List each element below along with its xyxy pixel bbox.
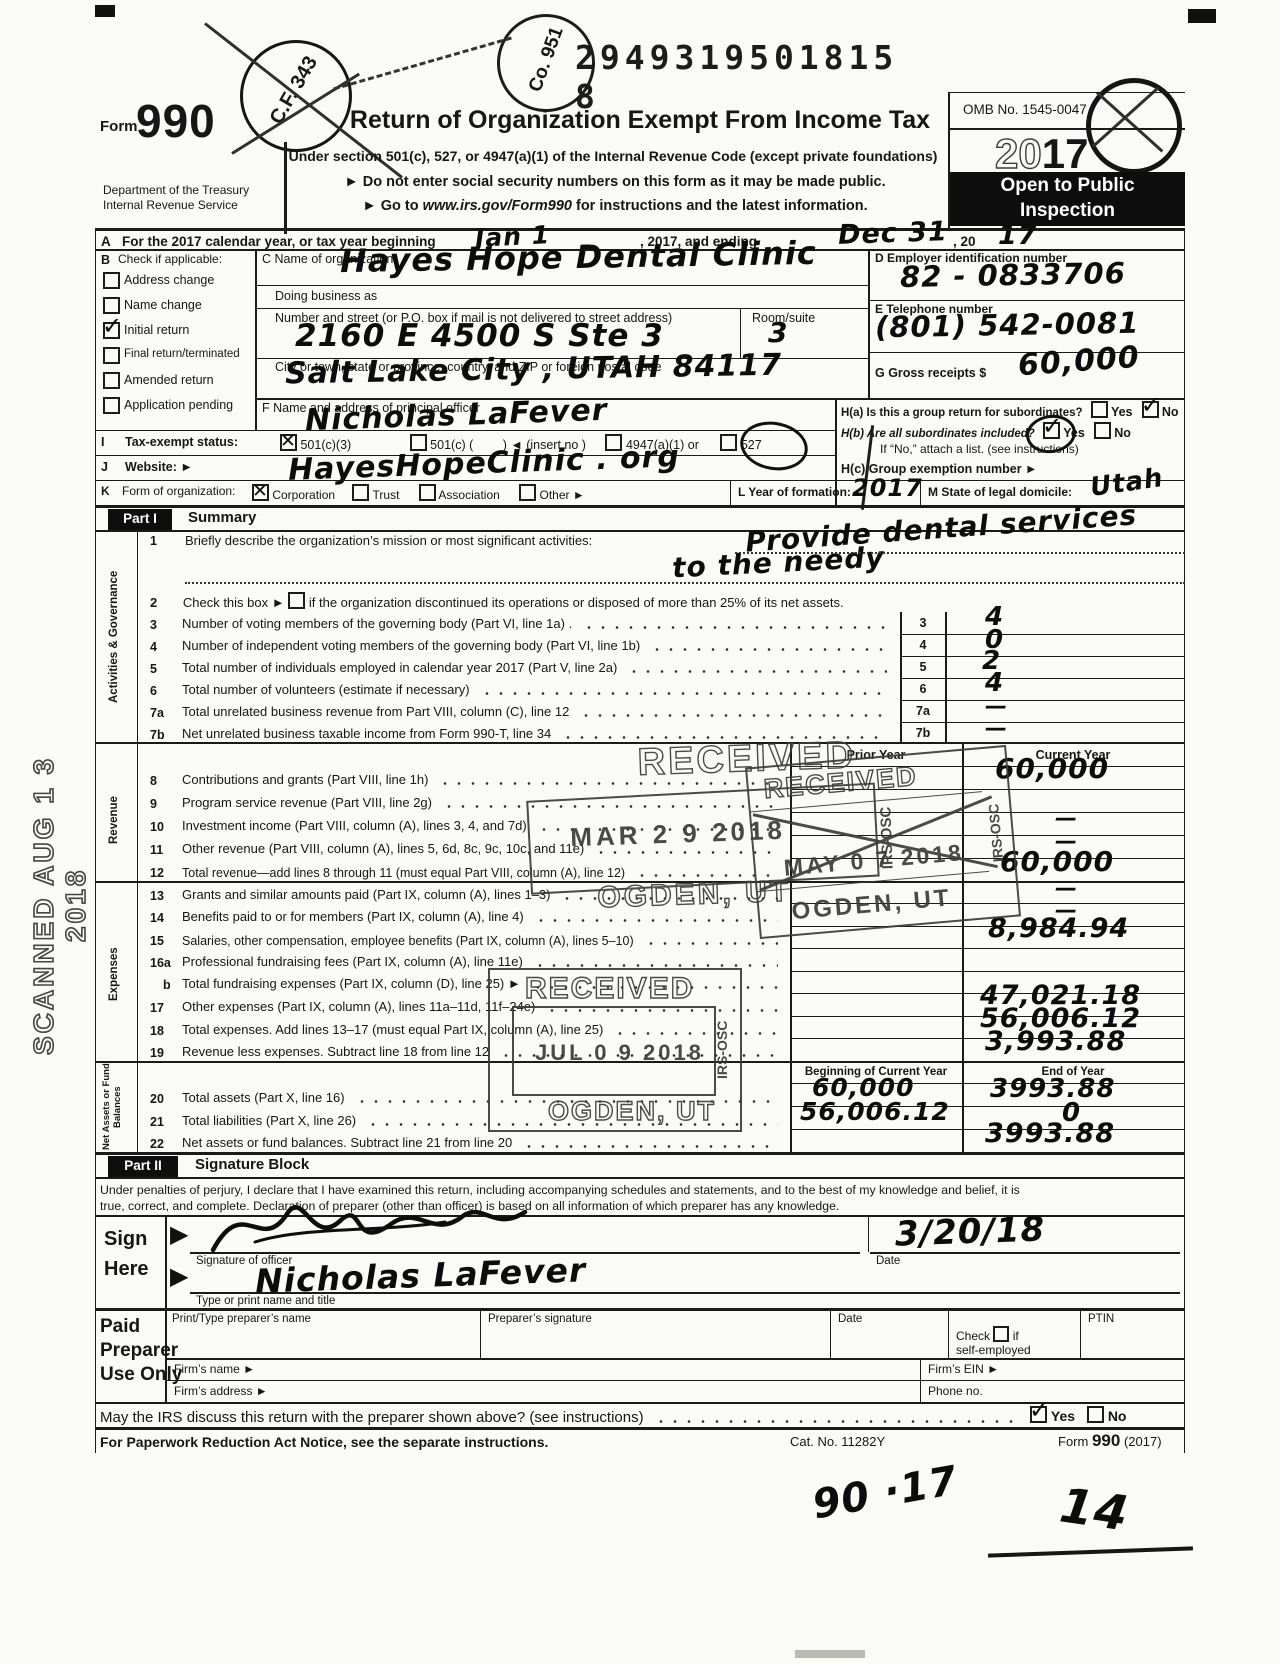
label-amended-return: Amended return: [124, 373, 214, 387]
received-stamp-may-title: RECEIVED: [763, 761, 919, 805]
preparer-signature-header: Preparer’s signature: [488, 1313, 592, 1326]
dot-leader: [561, 735, 887, 740]
rule: [868, 1215, 869, 1252]
rule: [95, 1177, 1185, 1179]
rule: [790, 789, 1185, 790]
type-print-label: Type or print name and title: [196, 1295, 335, 1308]
row-label: Total fundraising expenses (Part IX, col…: [182, 977, 521, 992]
rule: [95, 1152, 1185, 1155]
checkbox-final-return: [103, 347, 120, 367]
docket-number: 2949319501815 8: [575, 38, 935, 116]
gross-receipts-entry: 60,000: [1017, 340, 1141, 383]
row-number: b: [163, 978, 182, 992]
part1-tag: Part I: [108, 509, 172, 530]
gross-receipts-label: G Gross receipts $: [875, 366, 986, 380]
dba-label: Doing business as: [275, 289, 377, 303]
side-label-governance: Activities & Governance: [108, 534, 134, 740]
irs-url: www.irs.gov/Form990: [423, 198, 572, 214]
row-12-current: 60,000: [1000, 845, 1114, 878]
state-domicile-entry: Utah: [1088, 463, 1165, 503]
may-irs-row: May the IRS discuss this return with the…: [100, 1406, 1025, 1426]
dotted-rule: [735, 552, 1185, 554]
summary-row-4: 4 Number of independent voting members o…: [150, 636, 895, 654]
summary-row-7a: 7a Total unrelated business revenue from…: [150, 702, 895, 720]
rule: [95, 881, 1185, 883]
org-other-label: Other ►: [539, 488, 584, 502]
row-number: 4: [150, 640, 182, 654]
bullet2-post: for instructions and the latest informat…: [572, 198, 868, 214]
row-number: 9: [150, 797, 182, 811]
sign-arrow-icon: [170, 1220, 188, 1249]
rule: [900, 700, 1185, 701]
org-corporation-label: Corporation: [272, 488, 335, 502]
final-return-checkbox: [103, 347, 120, 364]
rowbox-number: 7b: [902, 726, 944, 740]
rule: [480, 1308, 481, 1358]
dot-leader: [442, 804, 778, 809]
stamp-stroke-dashed: [333, 37, 512, 91]
form-title: Return of Organization Exempt From Incom…: [320, 106, 960, 135]
rule: [900, 634, 1185, 635]
row-label: Salaries, other compensation, employee b…: [182, 934, 634, 948]
officer-signature: [195, 1192, 615, 1258]
margin-page-number: 14: [1056, 1477, 1132, 1542]
row-label: Grants and similar amounts paid (Part IX…: [182, 888, 550, 903]
org-form-options: Corporation Trust Association Other ►: [252, 484, 585, 502]
sign-date-label: Date: [876, 1255, 900, 1268]
label-final-return: Final return/terminated: [124, 348, 240, 361]
part2-tag: Part II: [108, 1156, 178, 1177]
city-entry: Salt Lake City , UTAH 84117: [285, 348, 783, 392]
side-label-net-assets: Net Assets or Fund Balances: [101, 1062, 135, 1152]
form-footer-pre: Form: [1058, 1434, 1088, 1449]
label-name-change: Name change: [124, 298, 202, 312]
scan-mark-top-left: [95, 5, 115, 17]
rule: [900, 678, 1185, 679]
dot-leader: [545, 1008, 778, 1013]
tax-exempt-status-label: Tax-exempt status:: [125, 435, 238, 449]
initial-return-checkbox: [103, 322, 120, 339]
dept-line-2: Internal Revenue Service: [103, 199, 238, 212]
row-label: Total unrelated business revenue from Pa…: [182, 705, 569, 720]
rule: [830, 1308, 831, 1358]
row-number: 8: [150, 774, 182, 788]
scan-mark-top-right: [1188, 9, 1216, 23]
rule: [790, 971, 1185, 972]
room-suite-entry: 3: [768, 316, 788, 349]
row-number: 7b: [150, 728, 182, 742]
ein-entry: 82 - 0833706: [900, 256, 1126, 294]
rule: [962, 742, 964, 1152]
margin-underline: [988, 1546, 1193, 1557]
part1-title: Summary: [188, 509, 256, 526]
side-label-expenses: Expenses: [108, 892, 134, 1057]
rule: [95, 1402, 1185, 1404]
summary-row-17: 17 Other expenses (Part IX, column (A), …: [150, 997, 786, 1015]
row-number: 19: [150, 1046, 182, 1060]
rule: [95, 430, 835, 431]
may-irs-answer: Yes No: [1030, 1406, 1126, 1424]
dot-leader: [654, 1419, 1017, 1424]
h-a-yes-checkbox: [1091, 401, 1108, 418]
rule: [95, 1308, 1185, 1311]
omb-number: OMB No. 1545-0047: [963, 102, 1087, 117]
margin-note-entry: 90 ·17: [809, 1458, 961, 1529]
rule: [165, 1358, 1185, 1360]
rowbox-number: 3: [902, 616, 944, 630]
use-only-label: Use Only: [100, 1364, 182, 1386]
dot-leader: [480, 691, 887, 696]
firm-name-label: Firm’s name ►: [174, 1363, 255, 1376]
received-stamp-may-date: MAY 0 7 2018: [783, 839, 965, 882]
bullet2-pre: ► Go to: [362, 198, 422, 214]
firm-ein-label: Firm’s EIN ►: [928, 1363, 999, 1376]
may-irs-yes-checkbox: [1030, 1406, 1047, 1423]
row-label: Other revenue (Part VIII, column (A), li…: [182, 842, 584, 857]
checkbox-amended-return: [103, 372, 120, 392]
check-self-employed: Check if: [956, 1326, 1019, 1343]
row-label: Net unrelated business taxable income fr…: [182, 727, 551, 742]
preparer-name-header: Print/Type preparer’s name: [172, 1313, 311, 1326]
org-association-label: Association: [438, 488, 499, 502]
received-stamp-may-cross: [759, 795, 992, 891]
form-subtitle: Under section 501(c), 527, or 4947(a)(1)…: [268, 148, 958, 164]
rule: [137, 530, 138, 1152]
row-label: Total revenue—add lines 8 through 11 (mu…: [182, 866, 625, 880]
rule: [790, 835, 1185, 836]
scan-mark-bottom: [795, 1650, 865, 1658]
tax-year-bold: 17: [1042, 130, 1089, 177]
open-to-public-line2: Inspection: [950, 199, 1185, 224]
rowbox-number: 6: [902, 682, 944, 696]
sign-here-label-2: Here: [104, 1258, 148, 1281]
row-number: 15: [150, 934, 182, 948]
check-pre: Check: [956, 1329, 990, 1343]
stamp-cross-line: [1096, 91, 1163, 152]
check-self-employed-2: self-employed: [956, 1344, 1031, 1357]
row-label: Professional fundraising fees (Part IX, …: [182, 955, 523, 970]
dot-leader: [537, 827, 778, 832]
dot-leader: [366, 1122, 778, 1127]
org-corporation-checkbox: [252, 484, 269, 501]
rule: [95, 1061, 1185, 1063]
label-address-change: Address change: [124, 273, 214, 287]
phone-no-label: Phone no.: [928, 1385, 983, 1398]
dot-leader: [522, 1144, 778, 1149]
row-label: Total liabilities (Part X, line 26): [182, 1114, 356, 1129]
status-527-checkbox: [720, 434, 737, 451]
rule: [948, 1308, 949, 1358]
form-word: Form: [100, 118, 138, 135]
row-label: Other expenses (Part IX, column (A), lin…: [182, 1000, 535, 1015]
block-b-letter: B: [101, 253, 110, 267]
row-number: 7a: [150, 706, 182, 720]
form-bullet-1: ► Do not enter social security numbers o…: [300, 174, 930, 190]
row-label: Number of independent voting members of …: [182, 639, 640, 654]
dot-leader: [613, 1031, 778, 1036]
date-line: [870, 1252, 1180, 1254]
tax-year-end-year-entry: 17: [998, 220, 1038, 251]
self-employed-checkbox: [993, 1326, 1009, 1342]
rule: [900, 722, 1185, 723]
label-application-pending: Application pending: [124, 398, 233, 412]
principal-officer-entry: Nicholas LaFever: [304, 393, 608, 439]
summary-row-20: 20 Total assets (Part X, line 16): [150, 1088, 786, 1106]
h-b-row: H(b) Are all subordinates included? Yes …: [841, 422, 1131, 440]
open-to-public-badge: Open to Public Inspection: [950, 172, 1185, 226]
summary-row-16b: b Total fundraising expenses (Part IX, c…: [163, 974, 786, 992]
sign-date-entry: 3/20/18: [894, 1209, 1045, 1254]
check-mid: if: [1013, 1329, 1019, 1343]
may-irs-yes-label: Yes: [1051, 1408, 1075, 1424]
tax-year: 2017: [995, 130, 1088, 178]
pen-circle-527: [736, 416, 811, 475]
application-pending-checkbox: [103, 397, 120, 414]
discontinued-checkbox: [288, 592, 305, 609]
row-number: 12: [150, 866, 182, 880]
row-number: 14: [150, 911, 182, 925]
dot-leader: [355, 1099, 778, 1104]
line-j-letter: J: [101, 460, 108, 474]
form-footer-id: Form 990 (2017): [1058, 1431, 1162, 1451]
rule: [255, 249, 257, 430]
summary-row-10: 10 Investment income (Part VIII, column …: [150, 816, 786, 834]
dot-leader: [627, 669, 887, 674]
line1-label: Briefly describe the organization’s miss…: [185, 534, 592, 549]
summary-row-13: 13 Grants and similar amounts paid (Part…: [150, 885, 786, 903]
received-stamp-may: RECEIVED MAY 0 7 2018 OGDEN, UT IRS-OSC: [745, 745, 1021, 939]
summary-row-21: 21 Total liabilities (Part X, line 26): [150, 1111, 786, 1129]
sign-here-label-1: Sign: [104, 1228, 147, 1251]
firm-address-label: Firm’s address ►: [174, 1385, 268, 1398]
form-number: 990: [136, 94, 216, 148]
row-number: 11: [150, 843, 182, 857]
status-501c3-checkbox: [280, 434, 297, 451]
preparer-date-header: Date: [838, 1313, 862, 1326]
org-association-checkbox: [419, 484, 436, 501]
row-20-end: 3993.88: [990, 1074, 1115, 1104]
rule: [900, 656, 1185, 657]
may-irs-question: May the IRS discuss this return with the…: [100, 1409, 644, 1426]
dot-leader: [650, 647, 887, 652]
summary-row-7b: 7b Net unrelated business taxable income…: [150, 724, 895, 742]
row-number: 13: [150, 889, 182, 903]
row-number: 22: [150, 1137, 182, 1151]
address-change-checkbox: [103, 272, 120, 289]
summary-row-12: 12 Total revenue—add lines 8 through 11 …: [150, 862, 786, 880]
row-label: Revenue less expenses. Subtract line 18 …: [182, 1045, 489, 1060]
paperwork-notice: For Paperwork Reduction Act Notice, see …: [100, 1434, 548, 1450]
h-note: If “No,” attach a list. (see instruction…: [880, 443, 1079, 457]
row-number: 10: [150, 820, 182, 834]
side-label-revenue: Revenue: [108, 762, 134, 878]
dept-line-1: Department of the Treasury: [103, 184, 249, 197]
org-trust-checkbox: [352, 484, 369, 501]
rule: [790, 742, 792, 1152]
dot-leader: [644, 941, 778, 946]
street-entry: 2160 E 4500 S Ste 3: [295, 318, 664, 354]
rule: [920, 480, 921, 505]
tax-year-outline: 20: [995, 130, 1042, 177]
dot-leader: [635, 873, 778, 878]
label-initial-return: Initial return: [124, 323, 189, 337]
rule: [868, 249, 870, 398]
h-a-no-checkbox: [1142, 401, 1159, 418]
checkbox-initial-return: [103, 322, 120, 342]
rowbox-number: 7a: [902, 704, 944, 718]
rule: [255, 308, 868, 309]
website-label: Website: ►: [125, 460, 193, 474]
line1-number: 1: [150, 534, 157, 548]
row-number: 16a: [150, 956, 182, 970]
dot-leader: [582, 625, 887, 630]
dot-leader: [594, 850, 778, 855]
rule: [95, 742, 1185, 744]
rule: [255, 285, 868, 286]
summary-row-3: 3 Number of voting members of the govern…: [150, 614, 895, 632]
h-a-yes-label: Yes: [1111, 405, 1133, 419]
part2-title: Signature Block: [195, 1156, 309, 1173]
row-label: Investment income (Part VIII, column (A)…: [182, 819, 527, 834]
row-label: Benefits paid to or for members (Part IX…: [182, 910, 524, 925]
rowbox-number: 5: [902, 660, 944, 674]
row-number: 17: [150, 1001, 182, 1015]
row-label: Total expenses. Add lines 13–17 (must eq…: [182, 1023, 603, 1038]
catalog-number: Cat. No. 11282Y: [790, 1434, 885, 1449]
summary-row-18: 18 Total expenses. Add lines 13–17 (must…: [150, 1020, 786, 1038]
form-footer-number: 990: [1092, 1431, 1120, 1450]
row-label: Total number of individuals employed in …: [182, 661, 617, 676]
form-bullet-2: ► Go to www.irs.gov/Form990 for instruct…: [300, 198, 930, 214]
row-number: 5: [150, 662, 182, 676]
h-a-row: H(a) Is this a group return for subordin…: [841, 401, 1179, 419]
mission-entry-2: to the needy: [671, 540, 885, 584]
rule: [790, 948, 1185, 949]
form-footer-year: (2017): [1124, 1434, 1162, 1449]
rowbox-number: 4: [902, 638, 944, 652]
phone-entry: (801) 542-0081: [875, 306, 1140, 345]
row-label: Contributions and grants (Part VIII, lin…: [182, 773, 428, 788]
rule: [790, 858, 1185, 859]
line-k-letter: K: [101, 485, 110, 499]
summary-row-11: 11 Other revenue (Part VIII, column (A),…: [150, 839, 786, 857]
row-21-begin: 56,006.12: [800, 1097, 950, 1126]
dotted-rule: [185, 582, 1185, 584]
row-label: Program service revenue (Part VIII, line…: [182, 796, 432, 811]
summary-row-5: 5 Total number of individuals employed i…: [150, 658, 895, 676]
org-form-label: Form of organization:: [122, 485, 235, 499]
org-other-checkbox: [519, 484, 536, 501]
rule: [165, 1215, 167, 1308]
rule: [730, 480, 731, 505]
paid-label: Paid: [100, 1316, 140, 1338]
divider: [948, 92, 1185, 93]
checkbox-application-pending: [103, 397, 120, 417]
summary-row-9: 9 Program service revenue (Part VIII, li…: [150, 793, 786, 811]
summary-row-22: 22 Net assets or fund balances. Subtract…: [150, 1133, 786, 1151]
row-8-current: 60,000: [995, 752, 1109, 785]
row-number: 21: [150, 1115, 182, 1129]
row-label: Number of voting members of the governin…: [182, 617, 572, 632]
rule: [1184, 228, 1185, 1453]
row-number: 20: [150, 1092, 182, 1106]
rule: [790, 766, 1185, 767]
scanned-stamp: SCANNED AUG 1 3 2018: [28, 720, 76, 1090]
dot-leader: [499, 1053, 778, 1058]
summary-row-15: 15 Salaries, other compensation, employe…: [150, 930, 786, 948]
tax-year-end-entry: Dec 31: [837, 216, 948, 251]
dot-leader: [534, 918, 778, 923]
amended-return-checkbox: [103, 372, 120, 389]
dot-leader: [560, 896, 778, 901]
block-b-label: Check if applicable:: [118, 253, 222, 267]
row-label: Total number of volunteers (estimate if …: [182, 683, 470, 698]
rule: [868, 300, 1185, 301]
line2-row: 2 Check this box ► if the organization d…: [150, 592, 844, 610]
summary-row-6: 6 Total number of volunteers (estimate i…: [150, 680, 895, 698]
year-of-formation-label: L Year of formation:: [738, 485, 851, 499]
open-to-public-line1: Open to Public: [950, 174, 1185, 199]
rule: [165, 1380, 1185, 1381]
dot-leader: [533, 963, 778, 968]
rule: [790, 903, 1185, 904]
h-b-no-label: No: [1114, 426, 1131, 440]
line-a-letter: A: [101, 234, 111, 250]
org-trust-label: Trust: [373, 488, 400, 502]
line-a-year-pre: , 20: [953, 234, 976, 249]
org-name-entry: Hayes Hope Dental Clinic: [340, 234, 817, 280]
line2-post: if the organization discontinued its ope…: [309, 595, 844, 610]
summary-row-19: 19 Revenue less expenses. Subtract line …: [150, 1042, 786, 1060]
row-22-end: 3993.88: [985, 1118, 1115, 1149]
checkbox-address-change: [103, 272, 120, 292]
row-19-current: 3,993.88: [985, 1026, 1126, 1057]
summary-row-14: 14 Benefits paid to or for members (Part…: [150, 907, 786, 925]
row-label: Total assets (Part X, line 16): [182, 1091, 345, 1106]
row-number: 18: [150, 1024, 182, 1038]
h-a-no-label: No: [1162, 405, 1179, 419]
h-b-no-checkbox: [1094, 422, 1111, 439]
row-label: Net assets or fund balances. Subtract li…: [182, 1136, 512, 1151]
year-of-formation-entry: 2017: [852, 474, 923, 502]
dot-leader: [438, 781, 778, 786]
row-10-current: —: [1055, 806, 1078, 831]
rule: [95, 228, 96, 1453]
dot-leader: [579, 713, 887, 718]
col-header-prior-year: Prior Year: [792, 748, 960, 762]
dot-leader: [531, 985, 778, 990]
sign-arrow-icon: [170, 1262, 188, 1291]
summary-row-16a: 16a Professional fundraising fees (Part …: [150, 952, 786, 970]
line2-number: 2: [150, 595, 157, 610]
rule: [790, 812, 1185, 813]
scanned-form-990-page: 2949319501815 8 Co. 951 C.F. 343 Form 99…: [0, 0, 1280, 1664]
row-7b-value: —: [985, 716, 1008, 741]
row-number: 6: [150, 684, 182, 698]
may-irs-no-label: No: [1108, 1408, 1127, 1424]
row-15-current: 8,984.94: [988, 913, 1129, 944]
rule: [1080, 1308, 1081, 1358]
state-domicile-label: M State of legal domicile:: [928, 485, 1072, 499]
received-stamp-may-location: OGDEN, UT: [791, 884, 953, 926]
line-i-letter: I: [101, 435, 104, 449]
ptin-header: PTIN: [1088, 1313, 1114, 1326]
line2-pre: Check this box ►: [183, 595, 285, 610]
rule: [95, 1427, 1185, 1430]
row-number: 3: [150, 618, 182, 632]
may-irs-no-checkbox: [1087, 1406, 1104, 1423]
summary-row-8: 8 Contributions and grants (Part VIII, l…: [150, 770, 786, 788]
